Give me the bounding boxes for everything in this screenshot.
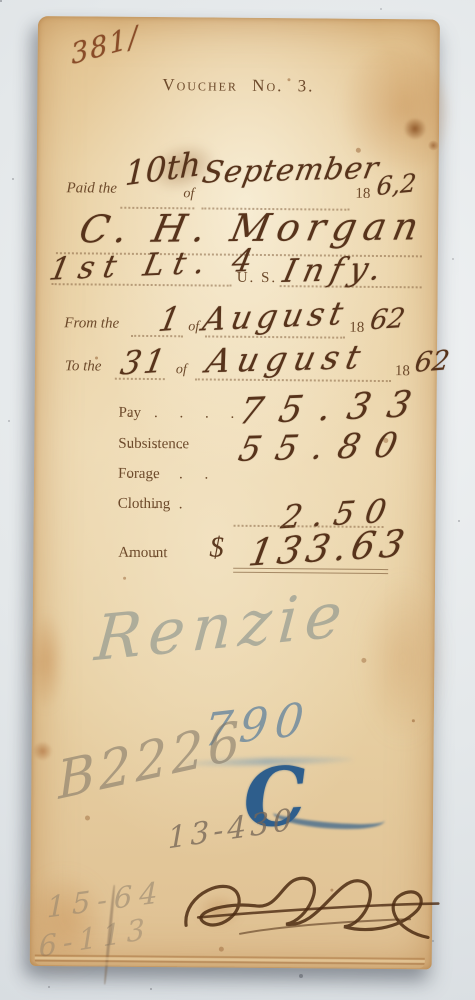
photo-background: 381/ Voucher No. 3. Paid the 10th of Sep… [0,0,475,1000]
stain [33,742,53,760]
dollar-sign: $ [209,532,224,565]
to-of-label: of [176,362,187,378]
dot-leader: . . [118,545,166,562]
stain [403,118,427,139]
branch-written: Infy. [280,249,393,290]
from-of-label: of [188,319,199,335]
paid-line-prefix: Paid the [66,180,117,197]
dot-leader: . . . [118,496,192,514]
stain [428,140,439,150]
voucher-title: Voucher No. 3. [37,74,439,98]
stain [28,611,65,711]
from-year-printed: 18 [349,320,364,337]
dot-leader: . . . . . [118,405,243,423]
table-speckles [0,0,2,2]
to-year-written: 62 [413,345,451,379]
dot-leader: . . . . [118,466,217,484]
ink-flourish-signature [180,867,443,963]
from-month: August [200,294,352,339]
item-value-subsistence: 55.80 [235,425,416,470]
us-printed: U. S. [237,270,278,287]
to-day: 31 [117,341,171,382]
to-month: August [203,337,371,380]
from-year-written: 62 [368,303,407,336]
file-number-annotation: 13-430 [167,802,295,856]
pencil-code-annotation: B2226 [56,710,245,812]
paid-month: September [199,151,382,191]
amount-value: 133.63 [245,521,412,574]
stain [360,574,446,745]
to-prefix: To the [65,358,102,375]
paid-year-printed: 18 [355,186,370,203]
to-year-printed: 18 [395,363,410,380]
corner-number: 381/ [69,19,141,71]
from-prefix: From the [64,315,119,332]
voucher-paper: 381/ Voucher No. 3. Paid the 10th of Sep… [30,16,440,969]
pencil-name-annotation: Renzie [92,577,351,675]
paid-of-label: of [183,186,194,202]
dot-leader: . . . [118,436,192,454]
from-day: 1 [155,299,183,339]
paid-year-written: 6,2 [375,168,417,201]
